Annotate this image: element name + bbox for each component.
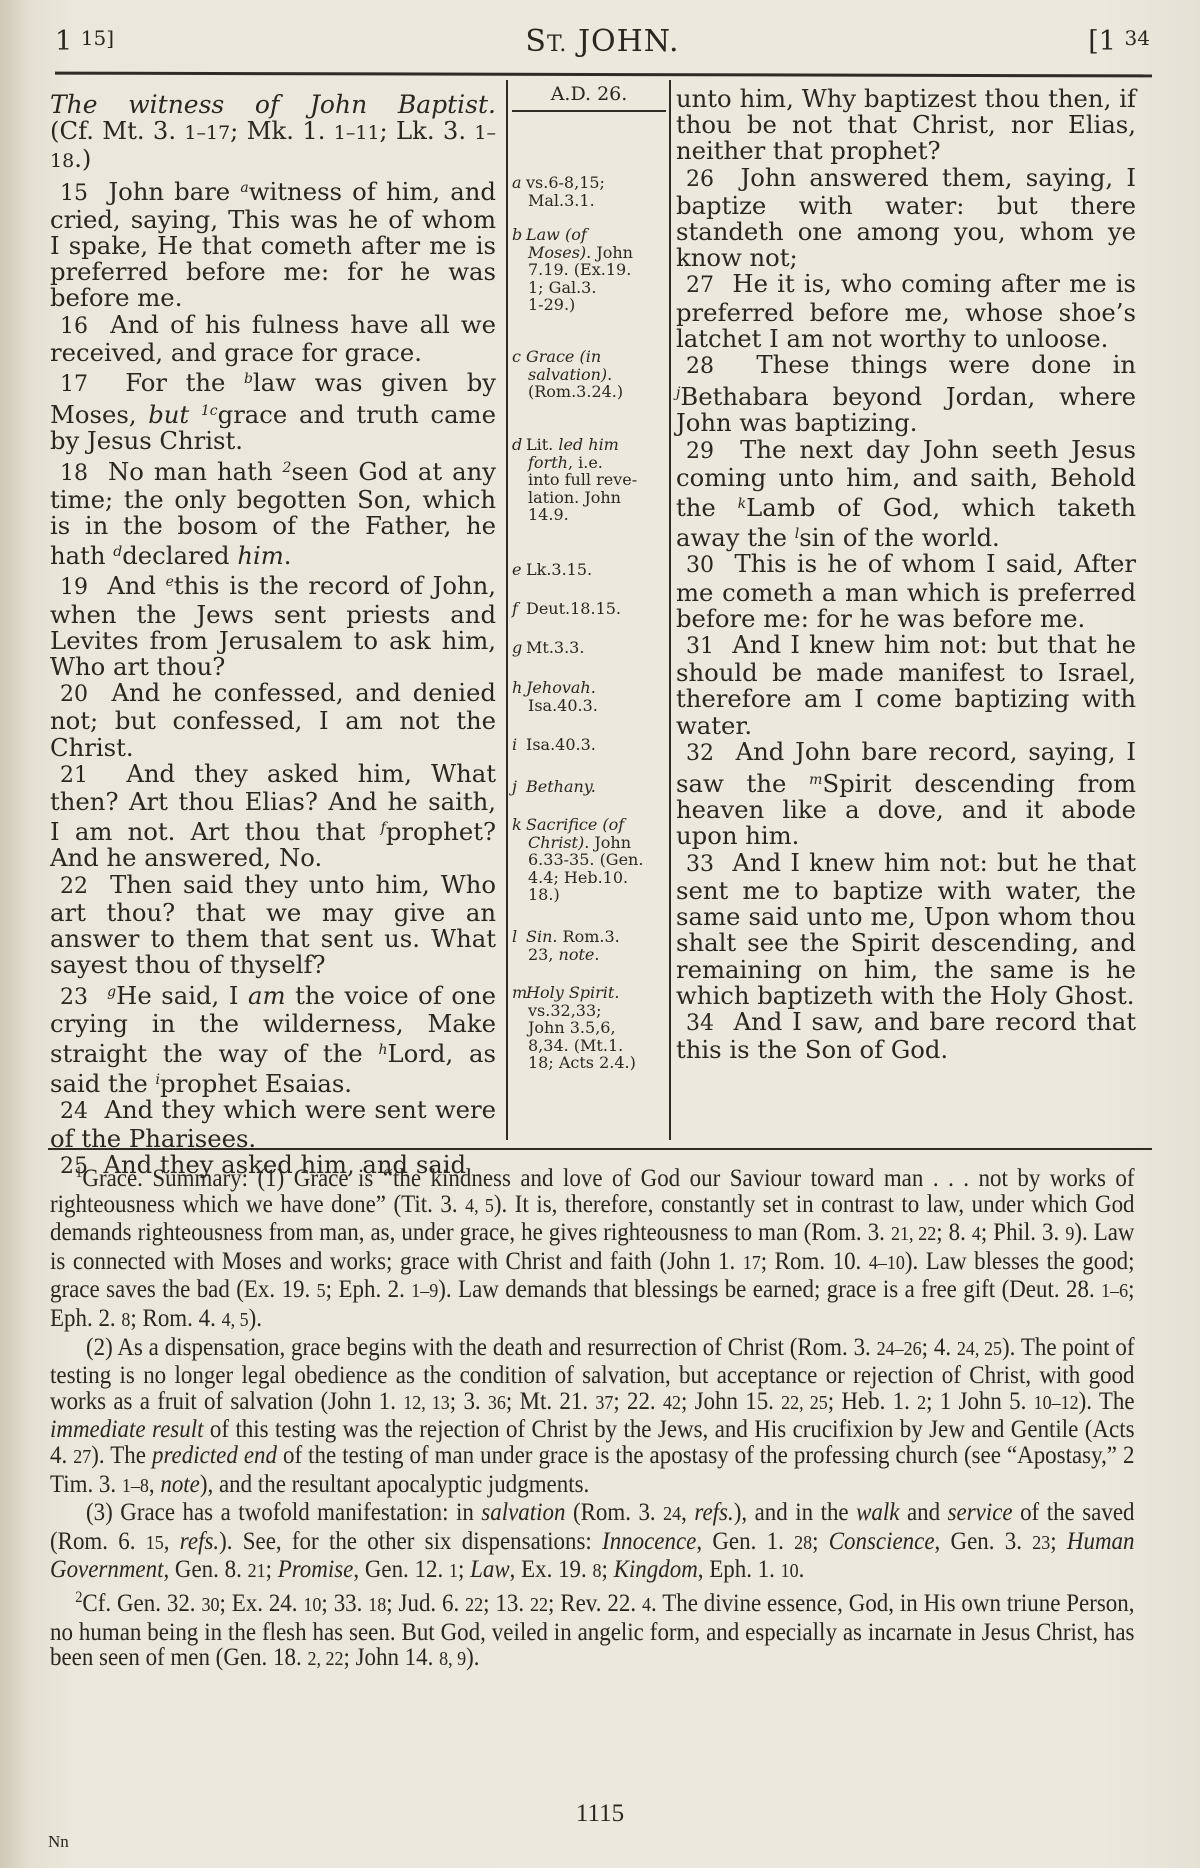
- ref-letter: h: [512, 679, 526, 697]
- ref-topic: Holy Spirit.: [526, 983, 619, 1002]
- ref-text: . John: [586, 243, 633, 262]
- verse-16: 16 And of his fulness have all we receiv…: [50, 312, 496, 366]
- verse-number: 27: [686, 273, 714, 298]
- ref-letter: m: [512, 984, 526, 1002]
- margin-ref-b[interactable]: bLaw (of Moses). John 7.19. (Ex.19. 1; G…: [512, 226, 662, 314]
- column-rule-right: [669, 80, 671, 1140]
- verse-18: 18 No man hath 2seen God at any time; th…: [50, 455, 496, 570]
- verse-number: 24: [60, 1099, 88, 1124]
- supplied-word: him: [237, 541, 283, 570]
- verse-text: And I knew him not: but that he should b…: [676, 630, 1136, 740]
- ref-topic: led him: [558, 435, 619, 454]
- title-initial: S: [525, 24, 547, 59]
- margin-ref-m[interactable]: mHoly Spirit. vs.32,33; John 3.5,6, 8,34…: [512, 984, 662, 1072]
- supplied-word: but: [148, 400, 189, 429]
- margin-ref-l[interactable]: lSin. Rom.3. 23, note.: [512, 928, 662, 963]
- verse-text: Then said they unto him, Who art thou? t…: [50, 870, 496, 980]
- ref-topic: forth: [528, 453, 568, 472]
- verse-number: 17: [60, 372, 88, 397]
- verse-text: John bare: [108, 177, 240, 206]
- verse-number: 31: [686, 634, 714, 659]
- verse-17: 17 For the blaw was given by Moses, but …: [50, 366, 496, 455]
- verse-text: He it is, who coming after me is preferr…: [676, 269, 1136, 352]
- verse-number: 16: [60, 314, 88, 339]
- ref-text: ; Mk. 1.: [230, 116, 334, 145]
- verse-text: And: [107, 571, 165, 600]
- verse-19: 19 And ethis is the record of John, when…: [50, 569, 496, 680]
- ref-topic: Moses): [528, 243, 586, 262]
- margin-ref-e[interactable]: eLk.3.15.: [512, 561, 662, 579]
- ref-topic: Sacrifice (of: [526, 815, 624, 834]
- book-title: ST. JOHN.: [55, 24, 1150, 59]
- verse-text: No man hath: [108, 457, 283, 486]
- verse-text: These things were done in: [756, 350, 1136, 379]
- verse-number: 33: [686, 852, 714, 877]
- reference-mark[interactable]: b: [244, 371, 253, 387]
- verse-27: 27 He it is, who coming after me is pref…: [676, 271, 1136, 352]
- ref-text: vs.32,33;: [512, 1002, 662, 1020]
- margin-ref-g[interactable]: gMt.3.3.: [512, 639, 662, 657]
- ref-letter: k: [512, 816, 526, 834]
- verse-number: 34: [686, 1011, 714, 1036]
- footnote-1-para-1: 1Grace. Summary: (1) Grace is “the kindn…: [50, 1160, 1135, 1334]
- footnote-text: Cf. Gen. 32. 30; Ex. 24. 10; 33. 18; Jud…: [50, 1588, 1135, 1671]
- verse-number: 15: [60, 181, 88, 206]
- section-heading: The witness of John Baptist.: [50, 92, 496, 118]
- ref-text: 23,: [528, 945, 559, 964]
- margin-ref-h[interactable]: hJehovah. Isa.40.3.: [512, 679, 662, 714]
- verse-number: 28: [686, 354, 714, 379]
- ref-verses: 1–11: [334, 122, 380, 144]
- page-number: 1115: [0, 1800, 1200, 1828]
- supplied-word: am: [248, 981, 286, 1010]
- ref-letter: a: [512, 174, 526, 192]
- date-heading: A.D. 26.: [512, 86, 666, 112]
- margin-ref-k[interactable]: kSacrifice (of Christ). John 6.33-35. (G…: [512, 816, 662, 904]
- ref-letter: l: [512, 928, 526, 946]
- verse-text: And I knew him not: but he that sent me …: [676, 848, 1136, 1010]
- end-verse: 34: [1125, 26, 1150, 50]
- ref-text: 8,34. (Mt.1.: [512, 1037, 662, 1055]
- verse-28: 28 These things were done in jBethabara …: [676, 352, 1136, 437]
- ref-text: Rom.3.: [557, 927, 619, 946]
- verse-text: declared: [122, 541, 237, 570]
- verse-26: 26 John answered them, saying, I baptize…: [676, 165, 1136, 272]
- ref-text: 1; Gal.3.: [512, 279, 662, 297]
- verse-text: He said, I: [116, 981, 248, 1010]
- ref-text: 18; Acts 2.4.): [512, 1054, 662, 1072]
- ref-text: ; Lk. 3.: [380, 116, 475, 145]
- ref-text: . John: [584, 833, 631, 852]
- verse-number: 18: [60, 461, 88, 486]
- running-head-end-ref: [1 34: [1088, 26, 1150, 57]
- ref-text: 7.19. (Ex.19.: [512, 261, 662, 279]
- verse-33: 33 And I knew him not: but he that sent …: [676, 850, 1136, 1009]
- footnote-1-para-2: (2) As a dispensation, grace begins with…: [50, 1334, 1135, 1500]
- verse-text: And I saw, and bare record that this is …: [676, 1007, 1136, 1064]
- footnote-mark[interactable]: 1c: [201, 403, 218, 419]
- ref-text: , i.e.: [568, 453, 603, 472]
- ref-letter: e: [512, 561, 526, 579]
- footnotes: 1Grace. Summary: (1) Grace is “the kindn…: [50, 1160, 1135, 1673]
- ref-topic: salvation): [528, 365, 607, 384]
- reference-mark[interactable]: g: [107, 984, 116, 1000]
- ref-text: John 3.5,6,: [512, 1019, 662, 1037]
- right-text-column: unto him, Why baptizest thou then, if th…: [676, 86, 1136, 1063]
- ref-text: 14.9.: [512, 506, 662, 524]
- verse-number: 21: [60, 763, 88, 788]
- margin-ref-j[interactable]: jBethany.: [512, 778, 662, 796]
- end-chapter: [1: [1088, 26, 1116, 57]
- verse-number: 26: [686, 167, 714, 192]
- verse-22: 22 Then said they unto him, Who art thou…: [50, 872, 496, 979]
- verse-text: And of his fulness have all we received,…: [50, 310, 496, 367]
- ref-letter: i: [512, 736, 526, 754]
- center-reference-column: A.D. 26. avs.6-8,15; Mal.3.1. bLaw (of M…: [512, 86, 666, 112]
- ref-text: (Cf. Mt. 3.: [50, 116, 184, 145]
- footnote-rule: [48, 1148, 1152, 1150]
- ref-text: .: [607, 365, 612, 384]
- margin-ref-a[interactable]: avs.6-8,15; Mal.3.1.: [512, 174, 662, 209]
- ref-text: (Rom.3.24.): [512, 383, 662, 401]
- verse-21: 21 And they asked him, What then? Art th…: [50, 761, 496, 872]
- verse-23: 23 gHe said, I am the voice of one cryin…: [50, 979, 496, 1098]
- verse-text: John answered them, saying, I baptize wi…: [676, 163, 1136, 273]
- signature-mark: Nn: [48, 1832, 69, 1852]
- footnote-2: 2Cf. Gen. 32. 30; Ex. 24. 10; 33. 18; Ju…: [50, 1585, 1135, 1673]
- ref-text: Lit.: [526, 435, 558, 454]
- running-head: 1 15] ST. JOHN. [1 34: [55, 20, 1150, 64]
- section-cross-reference: (Cf. Mt. 3. 1–17; Mk. 1. 1–11; Lk. 3. 1–…: [50, 118, 496, 174]
- ref-text: 18.): [512, 886, 662, 904]
- ref-letter: c: [512, 348, 526, 366]
- ref-topic: Law (of: [526, 225, 587, 244]
- ref-letter: g: [512, 639, 526, 657]
- verse-number: 23: [60, 985, 88, 1010]
- footnote-text: Grace. Summary: (1) Grace is “the kindne…: [50, 1163, 1135, 1332]
- title-main: JOHN.: [567, 24, 679, 59]
- ref-text: Mal.3.1.: [512, 192, 662, 210]
- verse-number: 19: [60, 575, 88, 600]
- ref-text: 6.33-35. (Gen.: [512, 851, 662, 869]
- ref-text: into full reve-: [512, 471, 662, 489]
- verse-text: And they which were sent were of the Pha…: [50, 1095, 496, 1152]
- verse-text: sin of the world.: [799, 523, 1000, 552]
- ref-topic: Grace (in: [526, 347, 601, 366]
- ref-text: 1-29.): [512, 296, 662, 314]
- ref-text: lation. John: [512, 489, 662, 507]
- header-rule: [55, 72, 1152, 78]
- margin-ref-i[interactable]: iIsa.40.3.: [512, 736, 662, 754]
- reference-mark[interactable]: k: [738, 496, 746, 512]
- verse-29: 29 The next day John seeth Jesus coming …: [676, 437, 1136, 552]
- reference-mark[interactable]: e: [166, 574, 174, 590]
- footnote-marker: 2: [75, 1589, 82, 1606]
- ref-text: 4.4; Heb.10.: [512, 869, 662, 887]
- footnote-text: (3) Grace has a twofold manifestation: i…: [50, 1497, 1135, 1583]
- ref-text: .: [594, 945, 599, 964]
- verse-32: 32 And John bare record, saying, I saw t…: [676, 739, 1136, 850]
- ref-letter: d: [512, 436, 526, 454]
- ref-topic: Sin.: [526, 927, 557, 946]
- ref-letter: j: [512, 778, 526, 796]
- ref-letter: f: [512, 600, 526, 618]
- footnote-text: (2) As a dispensation, grace begins with…: [50, 1332, 1135, 1498]
- verse-number: 22: [60, 874, 88, 899]
- ref-text: Mt.3.3.: [526, 638, 584, 657]
- verse-text: prophet Esaias.: [160, 1069, 352, 1098]
- footnote-marker: 1: [75, 1164, 82, 1181]
- bible-page: 1 15] ST. JOHN. [1 34 The witness of Joh…: [0, 0, 1200, 1868]
- ref-text: Isa.40.3.: [512, 697, 662, 715]
- verse-text: This is he of whom I said, After me come…: [676, 549, 1136, 632]
- reference-mark[interactable]: d: [113, 544, 122, 560]
- ref-verses: 1–17: [184, 122, 230, 144]
- verse-34: 34 And I saw, and bare record that this …: [676, 1009, 1136, 1063]
- left-text-column: The witness of John Baptist. (Cf. Mt. 3.…: [50, 92, 496, 1180]
- verse-20: 20 And he confessed, and denied not; but…: [50, 680, 496, 761]
- ref-text: vs.6-8,15;: [526, 173, 605, 192]
- ref-text: Lk.3.15.: [526, 560, 592, 579]
- verse-number: 29: [686, 439, 714, 464]
- reference-mark[interactable]: m: [809, 772, 822, 788]
- footnote-1-para-3: (3) Grace has a twofold manifestation: i…: [50, 1499, 1135, 1585]
- verse-text: Bethabara beyond Jordan, where John was …: [676, 382, 1136, 437]
- verse-text: For the: [125, 368, 244, 397]
- verse-number: 20: [60, 682, 88, 707]
- ref-topic: Christ): [528, 833, 584, 852]
- verse-24: 24 And they which were sent were of the …: [50, 1097, 496, 1151]
- ref-topic: Bethany.: [526, 777, 596, 796]
- reference-mark[interactable]: a: [240, 180, 248, 196]
- ref-text: Isa.40.3.: [526, 735, 596, 754]
- reference-mark[interactable]: h: [379, 1042, 388, 1058]
- verse-text: [189, 400, 201, 429]
- ref-text: .): [74, 144, 91, 173]
- ref-letter: b: [512, 226, 526, 244]
- margin-ref-d[interactable]: dLit. led him forth, i.e. into full reve…: [512, 436, 662, 524]
- ref-note: note: [559, 945, 595, 964]
- verse-31: 31 And I knew him not: but that he shoul…: [676, 632, 1136, 739]
- verse-number: 32: [686, 741, 714, 766]
- verse-text: And he confessed, and denied not; but co…: [50, 678, 496, 761]
- column-rule-left: [506, 80, 508, 1140]
- margin-ref-f[interactable]: fDeut.18.15.: [512, 600, 662, 618]
- verse-15: 15 John bare awitness of him, and cried,…: [50, 175, 496, 312]
- ref-text: Deut.18.15.: [526, 599, 621, 618]
- margin-ref-c[interactable]: cGrace (in salvation). (Rom.3.24.): [512, 348, 662, 401]
- title-smallcap: T.: [547, 32, 567, 57]
- verse-number: 30: [686, 553, 714, 578]
- ref-topic: Jehovah.: [526, 678, 596, 697]
- verse-text: .: [284, 541, 292, 570]
- verse-30: 30 This is he of whom I said, After me c…: [676, 551, 1136, 632]
- verse-25-continued: unto him, Why baptizest thou then, if th…: [676, 86, 1136, 165]
